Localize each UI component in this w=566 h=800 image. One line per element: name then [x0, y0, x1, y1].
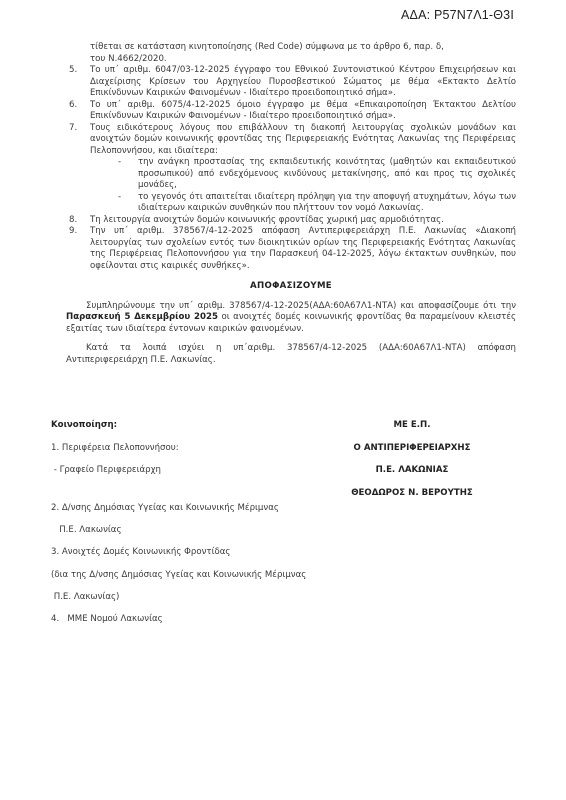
dash-bullet: - — [118, 192, 121, 204]
list-item: 8.Τη λειτουργία ανοιχτών δομών κοινωνική… — [66, 215, 516, 227]
notification-line: Π.Ε. Λακωνίας) — [51, 592, 119, 602]
signature-line: ΜΕ Ε.Π. — [309, 420, 515, 430]
dash-bullet: - — [118, 157, 121, 169]
signature-title: Ο ΑΝΤΙΠΕΡΙΦΕΡΕΙΑΡΧΗΣ — [309, 443, 515, 453]
item-text: Τη λειτουργία ανοιχτών δομών κοινωνικής … — [90, 215, 444, 225]
intro-line: τίθεται σε κατάσταση κινητοποίησης (Red … — [90, 42, 516, 54]
considerations-list-continued: 8.Τη λειτουργία ανοιχτών δομών κοινωνική… — [66, 215, 516, 273]
notification-line: - Γραφείο Περιφερειάρχη — [51, 465, 161, 475]
list-item: -το γεγονός ότι απαιτείται ιδιαίτερη πρό… — [114, 192, 516, 215]
signature-unit: Π.Ε. ΛΑΚΩΝΙΑΣ — [309, 465, 515, 475]
item-text: Τους ειδικότερους λόγους που επιβάλλουν … — [90, 123, 516, 156]
item-text: Την υπ΄ αριθμ. 378567/4-12-2025 απόφαση … — [90, 226, 516, 271]
item-number: 6. — [69, 100, 77, 112]
decision-paragraph: Συμπληρώνουμε την υπ΄ αριθμ. 378567/4-12… — [66, 301, 516, 336]
document-body: τίθεται σε κατάσταση κινητοποίησης (Red … — [66, 42, 516, 366]
item-text: Το υπ΄ αριθμ. 6047/03-12-2025 έγγραφο το… — [90, 65, 516, 98]
reasons-list: -την ανάγκη προστασίας της εκπαιδευτικής… — [66, 157, 516, 215]
item-number: 9. — [69, 226, 77, 238]
remaining-validity-paragraph: Κατά τα λοιπά ισχύει η υπ΄αριθμ. 378567/… — [66, 343, 516, 366]
item-number: 7. — [69, 123, 77, 135]
intro-line: του Ν.4662/2020. — [90, 54, 516, 66]
item-text: Το υπ΄ αριθμ. 6075/4-12-2025 όμοιο έγγρα… — [90, 100, 516, 122]
notification-line: (δια της Δ/νσης Δημόσιας Υγείας και Κοιν… — [51, 570, 306, 580]
list-item: 6.Το υπ΄ αριθμ. 6075/4-12-2025 όμοιο έγγ… — [66, 100, 516, 123]
list-item: 9.Την υπ΄ αριθμ. 378567/4-12-2025 απόφασ… — [66, 226, 516, 272]
ada-code: ΑΔΑ: Ρ57Ν7Λ1-Θ3Ι — [401, 8, 514, 22]
list-item: 7.Τους ειδικότερους λόγους που επιβάλλου… — [66, 123, 516, 158]
intro-text: τίθεται σε κατάσταση κινητοποίησης (Red … — [66, 42, 516, 65]
decision-heading: ΑΠΟΦΑΣΙΖΟΥΜΕ — [66, 281, 516, 293]
item-number: 8. — [69, 215, 77, 227]
notification-line: 2. Δ/νσης Δημόσιας Υγείας και Κοινωνικής… — [51, 503, 279, 513]
list-item: -την ανάγκη προστασίας της εκπαιδευτικής… — [114, 157, 516, 192]
notification-label: Κοινοποίηση: — [51, 420, 117, 430]
signature-name: ΘΕΟΔΩΡΟΣ Ν. ΒΕΡΟΥΤΗΣ — [309, 488, 515, 498]
decision-date: Παρασκευή 5 Δεκεμβρίου 2025 — [66, 312, 218, 322]
item-number: 5. — [69, 65, 77, 77]
notification-line: 4. ΜΜΕ Νομού Λακωνίας — [51, 614, 163, 624]
list-item: 5.Το υπ΄ αριθμ. 6047/03-12-2025 έγγραφο … — [66, 65, 516, 100]
considerations-list: 5.Το υπ΄ αριθμ. 6047/03-12-2025 έγγραφο … — [66, 65, 516, 157]
notification-line: Π.Ε. Λακωνίας — [51, 525, 122, 535]
bullet-text: την ανάγκη προστασίας της εκπαιδευτικής … — [138, 157, 516, 190]
decision-text: Συμπληρώνουμε την υπ΄ αριθμ. 378567/4-12… — [86, 301, 516, 311]
bullet-text: το γεγονός ότι απαιτείται ιδιαίτερη πρόλ… — [138, 192, 516, 214]
notification-line: 3. Ανοιχτές Δομές Κοινωνικής Φροντίδας — [51, 547, 230, 557]
notification-line: 1. Περιφέρεια Πελοποννήσου: — [51, 443, 179, 453]
